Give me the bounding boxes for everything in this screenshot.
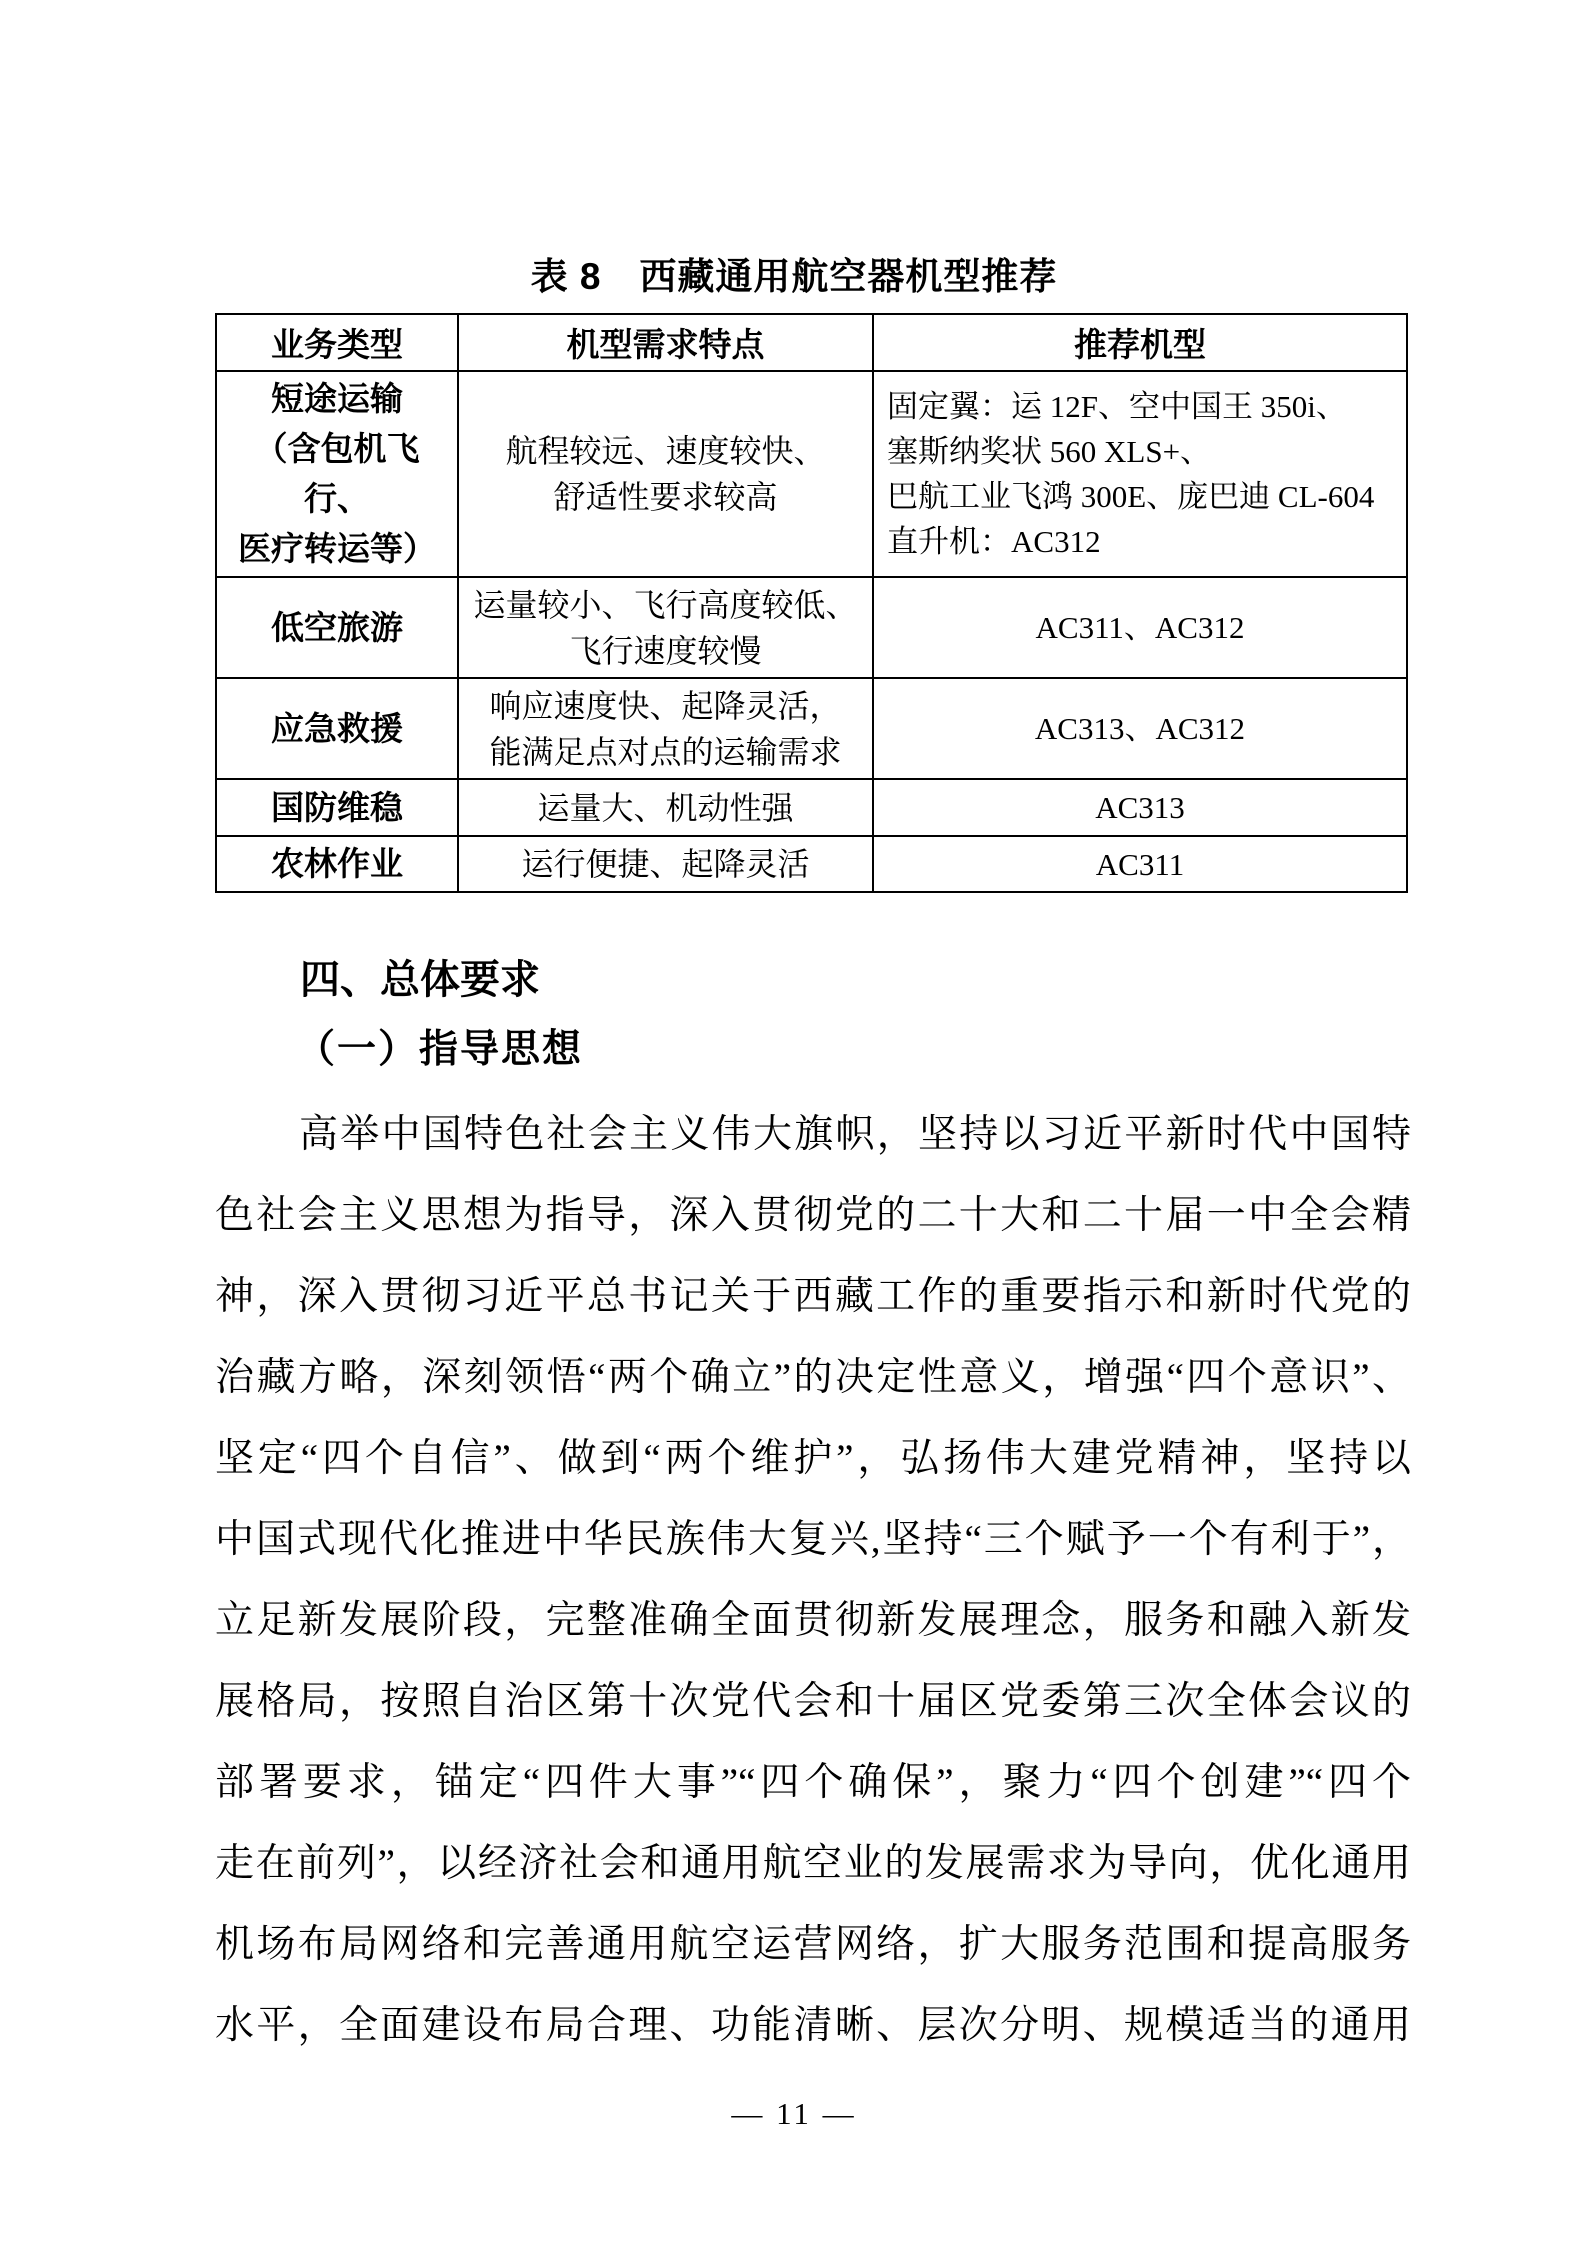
column-header-recommended-models: 推荐机型 [873,314,1407,371]
cell-features: 响应速度快、起降灵活， 能满足点对点的运输需求 [458,678,873,779]
paragraph-line: 色社会主义思想为指导，深入贯彻党的二十大和二十届一中全会精 [215,1175,1411,1256]
page-number: — 11 — [0,2096,1588,2132]
table-row: 应急救援 响应速度快、起降灵活， 能满足点对点的运输需求 AC313、AC312 [216,678,1407,779]
aircraft-recommendation-table: 业务类型 机型需求特点 推荐机型 短途运输 （含包机飞行、 医疗转运等） 航程较… [215,313,1408,893]
table-header-row: 业务类型 机型需求特点 推荐机型 [216,314,1407,371]
cell-models: AC313 [873,779,1407,836]
table-row: 短途运输 （含包机飞行、 医疗转运等） 航程较远、速度较快、 舒适性要求较高 固… [216,371,1407,577]
column-header-business-type: 业务类型 [216,314,458,371]
body-paragraph: 高举中国特色社会主义伟大旗帜，坚持以习近平新时代中国特 色社会主义思想为指导，深… [215,1094,1411,2066]
cell-features: 航程较远、速度较快、 舒适性要求较高 [458,371,873,577]
cell-features: 运行便捷、起降灵活 [458,836,873,892]
section-heading: 四、总体要求 [300,948,540,1005]
paragraph-line: 立足新发展阶段，完整准确全面贯彻新发展理念，服务和融入新发 [215,1580,1411,1661]
cell-models: AC313、AC312 [873,678,1407,779]
paragraph-line: 高举中国特色社会主义伟大旗帜，坚持以习近平新时代中国特 [215,1094,1411,1175]
document-page: 表 8 西藏通用航空器机型推荐 业务类型 机型需求特点 推荐机型 短途运输 （含… [0,0,1588,2245]
cell-models: AC311 [873,836,1407,892]
cell-business-type: 国防维稳 [216,779,458,836]
cell-business-type: 低空旅游 [216,577,458,678]
paragraph-line: 治藏方略，深刻领悟“两个确立”的决定性意义，增强“四个意识”、 [215,1337,1411,1418]
paragraph-line: 中国式现代化推进中华民族伟大复兴,坚持“三个赋予一个有利于”， [215,1499,1411,1580]
paragraph-line: 水平，全面建设布局合理、功能清晰、层次分明、规模适当的通用 [215,1985,1411,2066]
table-row: 农林作业 运行便捷、起降灵活 AC311 [216,836,1407,892]
table-row: 国防维稳 运量大、机动性强 AC313 [216,779,1407,836]
column-header-model-requirements: 机型需求特点 [458,314,873,371]
paragraph-line: 机场布局网络和完善通用航空运营网络，扩大服务范围和提高服务 [215,1904,1411,1985]
table-row: 低空旅游 运量较小、飞行高度较低、 飞行速度较慢 AC311、AC312 [216,577,1407,678]
paragraph-line: 部署要求，锚定“四件大事”“四个确保”，聚力“四个创建”“四个 [215,1742,1411,1823]
cell-features: 运量大、机动性强 [458,779,873,836]
cell-models: 固定翼：运 12F、空中国王 350i、 塞斯纳奖状 560 XLS+、 巴航工… [873,371,1407,577]
cell-business-type: 短途运输 （含包机飞行、 医疗转运等） [216,371,458,577]
paragraph-line: 坚定“四个自信”、做到“两个维护”，弘扬伟大建党精神，坚持以 [215,1418,1411,1499]
table-caption: 表 8 西藏通用航空器机型推荐 [0,246,1588,300]
paragraph-line: 展格局，按照自治区第十次党代会和十届区党委第三次全体会议的 [215,1661,1411,1742]
cell-business-type: 农林作业 [216,836,458,892]
section-subheading: （一）指导思想 [296,1018,583,1074]
cell-models: AC311、AC312 [873,577,1407,678]
cell-business-type: 应急救援 [216,678,458,779]
cell-features: 运量较小、飞行高度较低、 飞行速度较慢 [458,577,873,678]
paragraph-line: 神，深入贯彻习近平总书记关于西藏工作的重要指示和新时代党的 [215,1256,1411,1337]
paragraph-line: 走在前列”，以经济社会和通用航空业的发展需求为导向，优化通用 [215,1823,1411,1904]
